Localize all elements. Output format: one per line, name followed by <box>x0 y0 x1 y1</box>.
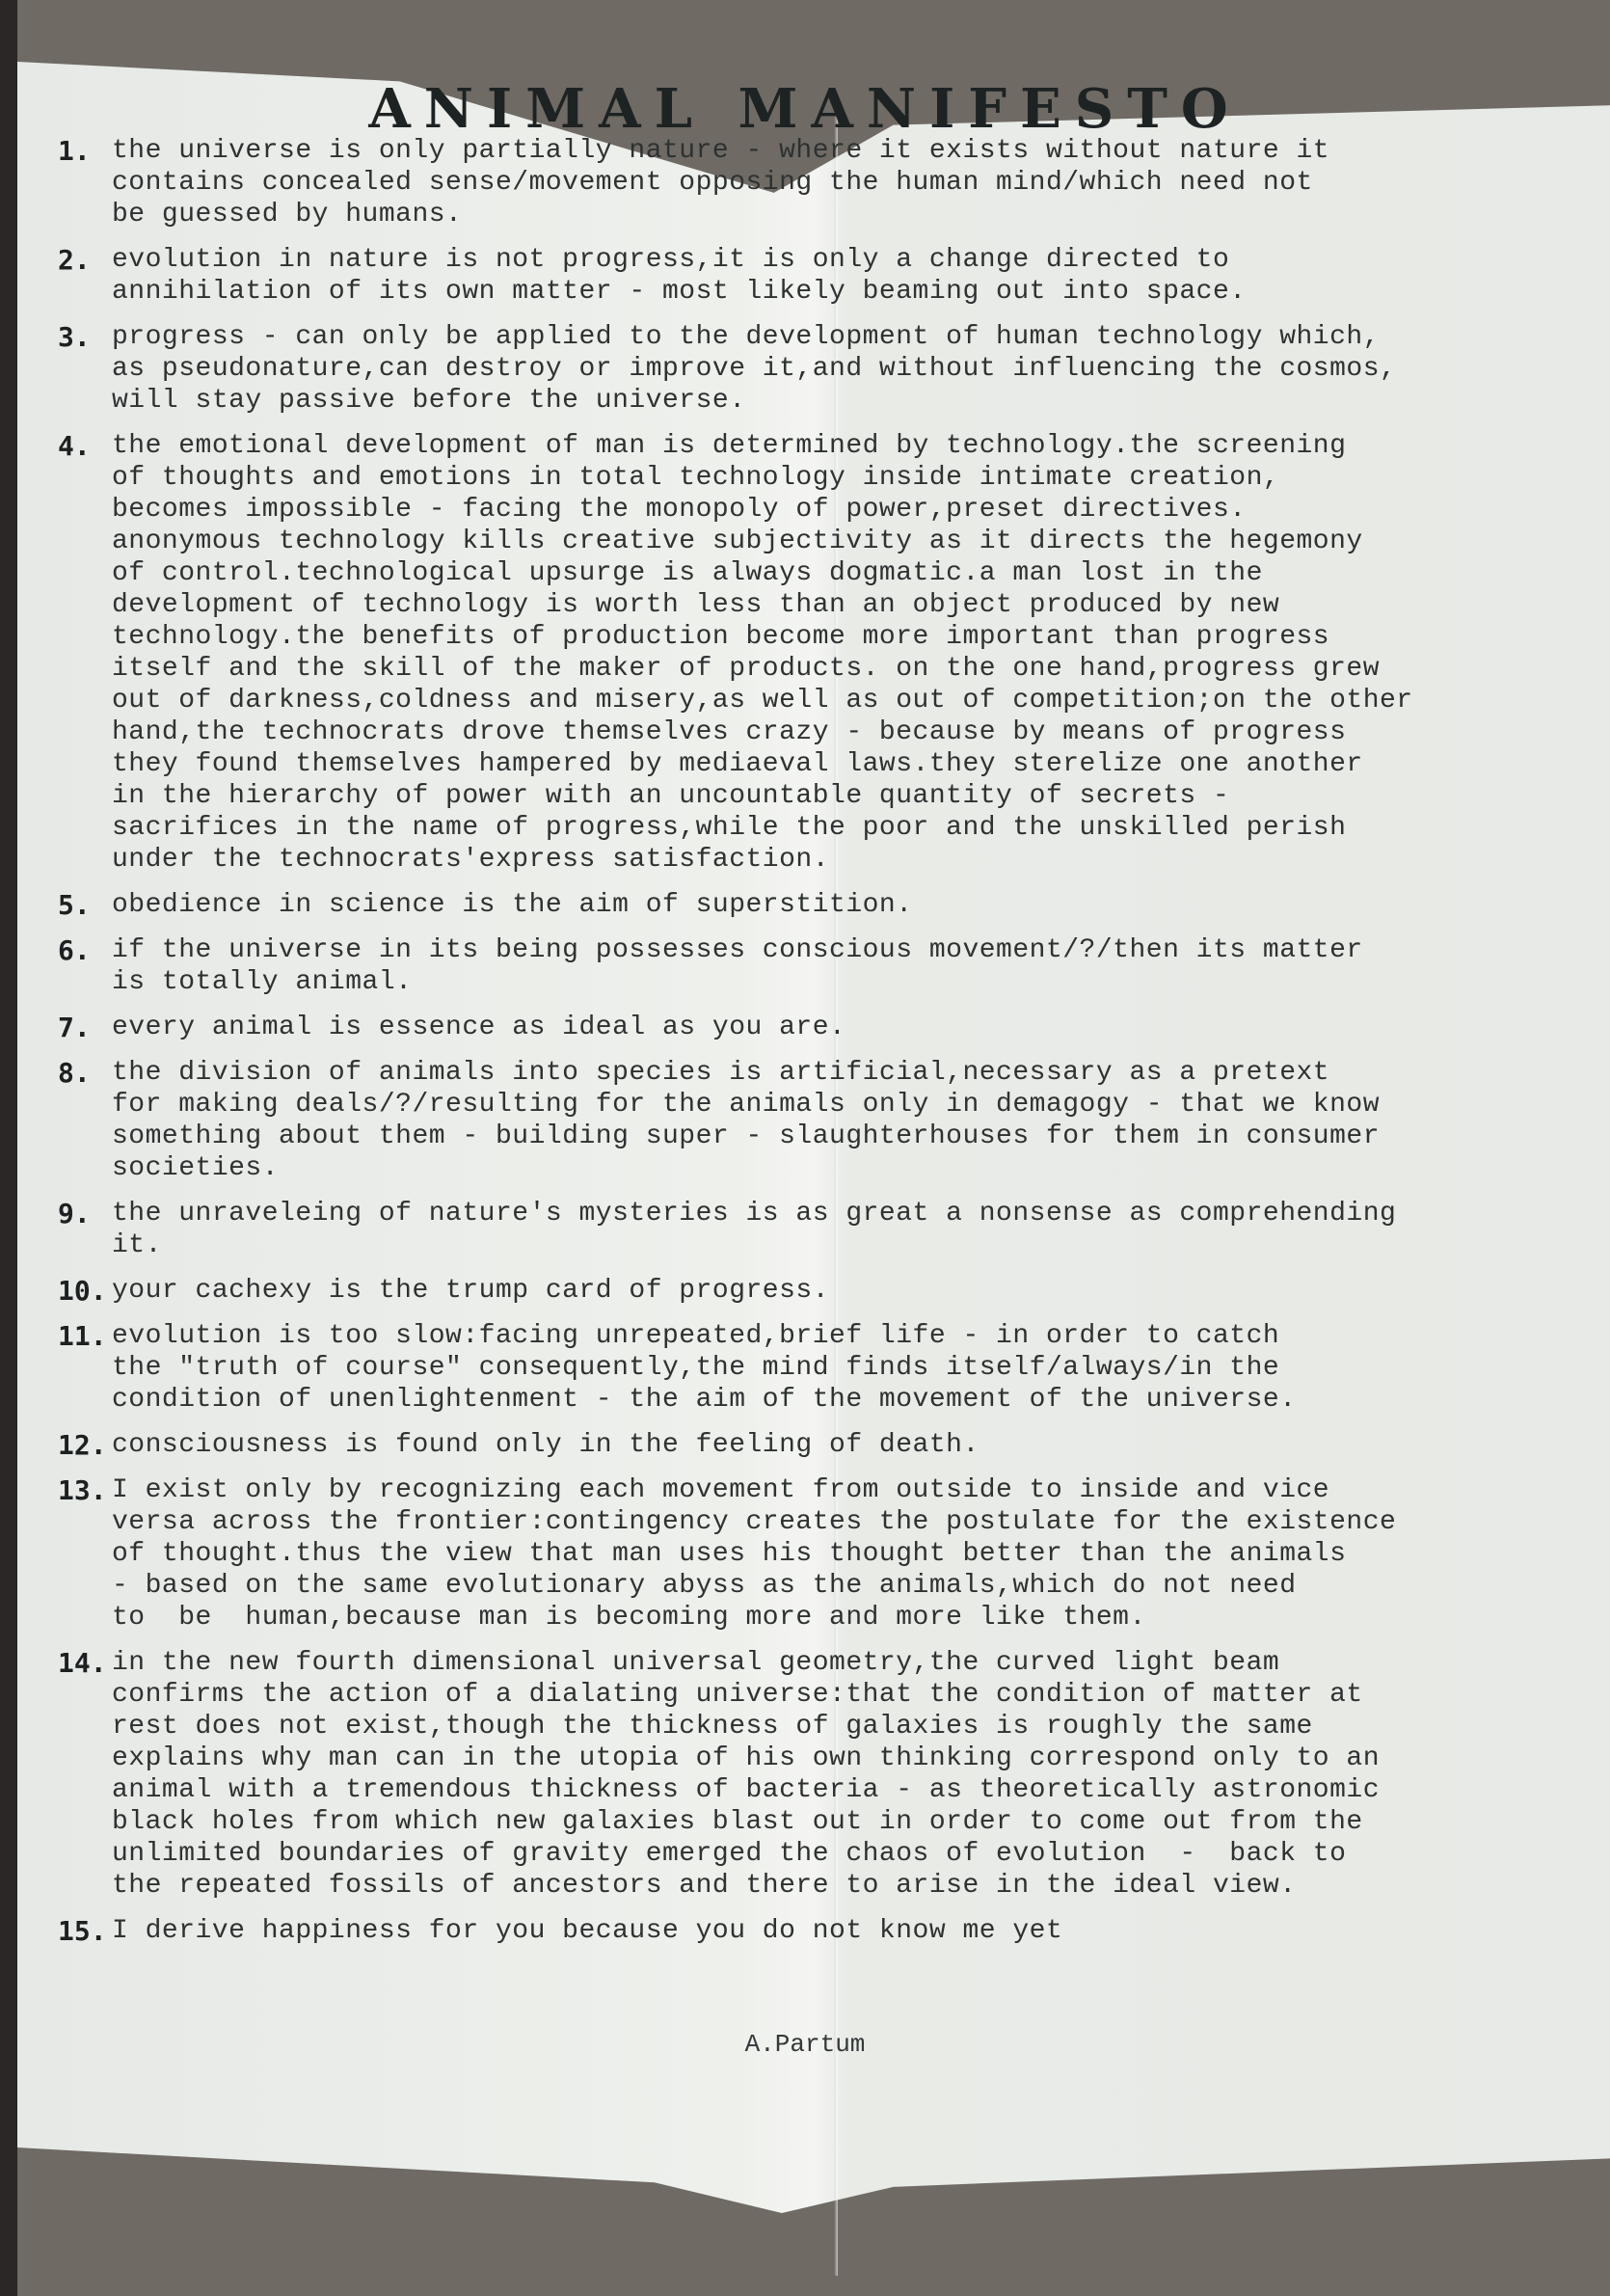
item-text: if the universe in its being possesses c… <box>112 934 1591 998</box>
item-number: 13. <box>58 1474 112 1506</box>
manifesto-item: 12.consciousness is found only in the fe… <box>58 1429 1591 1461</box>
item-text: consciousness is found only in the feeli… <box>112 1429 1591 1461</box>
manifesto-item: 11.evolution is too slow:facing unrepeat… <box>58 1320 1591 1416</box>
manifesto-item: 8.the division of animals into species i… <box>58 1057 1591 1184</box>
item-number: 1. <box>58 135 112 167</box>
item-text: I exist only by recognizing each movemen… <box>112 1474 1591 1634</box>
item-text: evolution is too slow:facing unrepeated,… <box>112 1320 1591 1416</box>
item-text: in the new fourth dimensional universal … <box>112 1647 1591 1902</box>
manifesto-item: 6.if the universe in its being possesses… <box>58 934 1591 998</box>
manifesto-item: 10.your cachexy is the trump card of pro… <box>58 1275 1591 1307</box>
item-number: 3. <box>58 321 112 353</box>
item-text: the universe is only partially nature - … <box>112 135 1591 230</box>
item-text: progress - can only be applied to the de… <box>112 321 1591 417</box>
manifesto-item: 9.the unraveleing of nature's mysteries … <box>58 1198 1591 1261</box>
item-text: the emotional development of man is dete… <box>112 430 1591 876</box>
item-text: the division of animals into species is … <box>112 1057 1591 1184</box>
item-text: evolution in nature is not progress,it i… <box>112 244 1591 308</box>
manifesto-item: 5.obedience in science is the aim of sup… <box>58 889 1591 921</box>
item-number: 11. <box>58 1320 112 1352</box>
item-number: 14. <box>58 1647 112 1679</box>
manifesto-item: 4.the emotional development of man is de… <box>58 430 1591 876</box>
item-text: obedience in science is the aim of super… <box>112 889 1591 921</box>
item-number: 6. <box>58 934 112 966</box>
item-number: 5. <box>58 889 112 921</box>
document-title: ANIMAL MANIFESTO <box>0 77 1610 141</box>
item-number: 15. <box>58 1915 112 1947</box>
manifesto-item: 7.every animal is essence as ideal as yo… <box>58 1012 1591 1043</box>
item-number: 4. <box>58 430 112 462</box>
item-number: 7. <box>58 1012 112 1043</box>
item-number: 8. <box>58 1057 112 1089</box>
background-edge <box>0 0 17 2296</box>
item-text: I derive happiness for you because you d… <box>112 1915 1591 1947</box>
manifesto-items: 1.the universe is only partially nature … <box>58 135 1591 1960</box>
manifesto-item: 14.in the new fourth dimensional univers… <box>58 1647 1591 1902</box>
manifesto-item: 2.evolution in nature is not progress,it… <box>58 244 1591 308</box>
item-number: 9. <box>58 1198 112 1229</box>
item-number: 2. <box>58 244 112 276</box>
manifesto-item: 1.the universe is only partially nature … <box>58 135 1591 230</box>
item-text: every animal is essence as ideal as you … <box>112 1012 1591 1043</box>
manifesto-item: 13.I exist only by recognizing each move… <box>58 1474 1591 1634</box>
item-text: your cachexy is the trump card of progre… <box>112 1275 1591 1307</box>
manifesto-item: 3.progress - can only be applied to the … <box>58 321 1591 417</box>
item-number: 10. <box>58 1275 112 1307</box>
item-text: the unraveleing of nature's mysteries is… <box>112 1198 1591 1261</box>
item-number: 12. <box>58 1429 112 1461</box>
manifesto-item: 15.I derive happiness for you because yo… <box>58 1915 1591 1947</box>
signature: A.Partum <box>0 2030 1610 2059</box>
